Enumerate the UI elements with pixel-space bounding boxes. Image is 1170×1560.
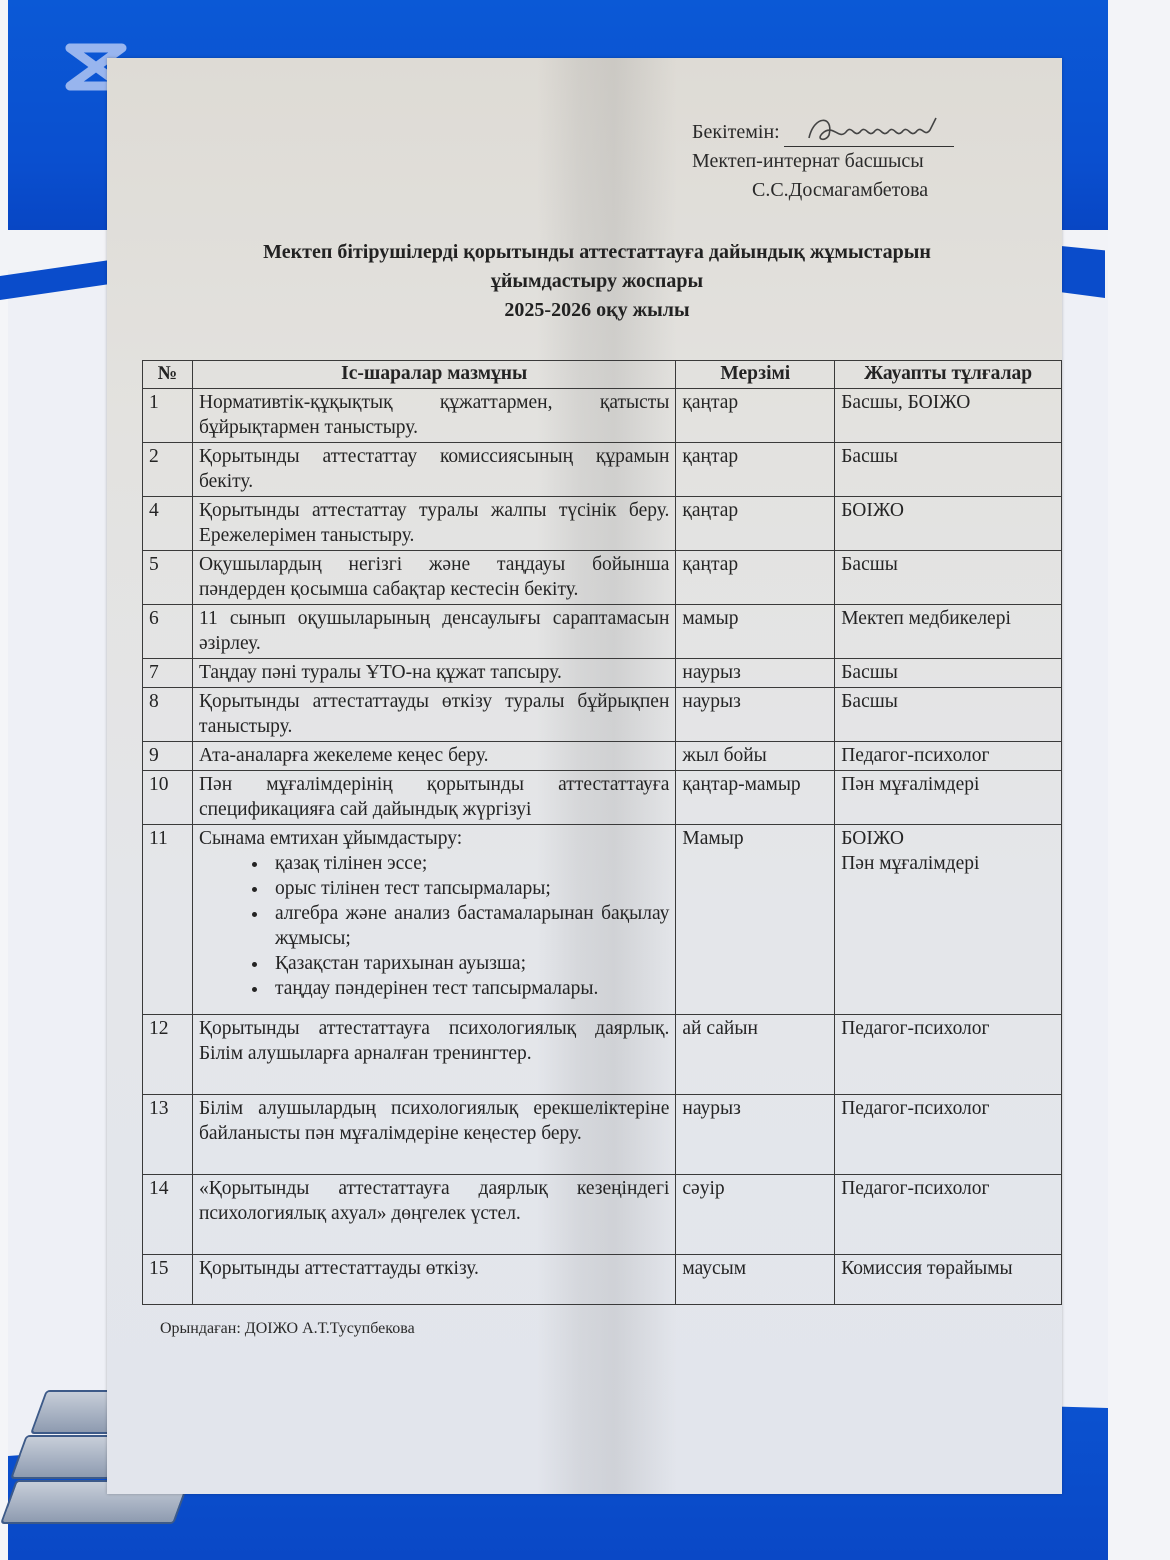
row-activity: 11 сынып оқушыларының денсаулығы сарапта… — [192, 605, 675, 659]
row-responsible: Педагог-психолог — [835, 1015, 1062, 1095]
row-responsible: Басшы — [835, 551, 1062, 605]
row-term: жыл бойы — [676, 742, 835, 771]
table-row: 15Қорытынды аттестаттауды өткізу.маусымК… — [143, 1255, 1062, 1305]
row-term: қаңтар — [676, 443, 835, 497]
table-row: 2Қорытынды аттестаттау комиссиясының құр… — [143, 443, 1062, 497]
table-row: 11Сынама емтихан ұйымдастыру:қазақ тілін… — [143, 825, 1062, 1015]
executed-by-note: Орындаған: ДОІЖО А.Т.Тусупбекова — [160, 1320, 415, 1338]
row-activity: Қорытынды аттестаттауды өткізу туралы бұ… — [192, 688, 675, 742]
row-number: 5 — [143, 551, 193, 605]
row-activity: Білім алушылардың психологиялық ерекшелі… — [192, 1095, 675, 1175]
table-row: 5Оқушылардың негізгі және таңдауы бойынш… — [143, 551, 1062, 605]
row-activity: «Қорытынды аттестаттауға даярлық кезеңін… — [192, 1175, 675, 1255]
row-number: 7 — [143, 659, 193, 688]
row-responsible: Басшы — [835, 443, 1062, 497]
row-term: ай сайын — [676, 1015, 835, 1095]
row-activity: Оқушылардың негізгі және таңдауы бойынша… — [192, 551, 675, 605]
approval-block: Бекітемін: Мектеп-интернат басшысы С.С.Д… — [692, 118, 1012, 205]
header-term: Мерзімі — [676, 361, 835, 389]
table-row: 12Қорытынды аттестаттауға психологиялық … — [143, 1015, 1062, 1095]
row-term: мамыр — [676, 605, 835, 659]
row-activity: Қорытынды аттестаттауға психологиялық да… — [192, 1015, 675, 1095]
row-number: 4 — [143, 497, 193, 551]
row-term: Мамыр — [676, 825, 835, 1015]
row-number: 9 — [143, 742, 193, 771]
row-activity: Қорытынды аттестаттау комиссиясының құра… — [192, 443, 675, 497]
row-responsible: Пән мұғалімдері — [835, 771, 1062, 825]
row-term: қаңтар — [676, 389, 835, 443]
row-number: 2 — [143, 443, 193, 497]
activity-lead: Сынама емтихан ұйымдастыру: — [199, 826, 669, 851]
table-row: 1Нормативтік-құқықтық құжаттармен, қатыс… — [143, 389, 1062, 443]
table-row: 13Білім алушылардың психологиялық ерекше… — [143, 1095, 1062, 1175]
signature — [784, 124, 954, 147]
table-row: 7Таңдау пәні туралы ҰТО-на құжат тапсыру… — [143, 659, 1062, 688]
activity-bullet-item: Қазақстан тарихынан ауызша; — [269, 951, 669, 976]
header-responsible: Жауапты тұлғалар — [835, 361, 1062, 389]
row-responsible: Басшы — [835, 659, 1062, 688]
table-row: 611 сынып оқушыларының денсаулығы сарапт… — [143, 605, 1062, 659]
activity-bullet-item: таңдау пәндерінен тест тапсырмалары. — [269, 976, 669, 1001]
background-right-edge — [1108, 0, 1170, 1560]
responsible-person: БОІЖО — [841, 826, 1055, 851]
row-responsible: Мектеп медбикелері — [835, 605, 1062, 659]
row-number: 12 — [143, 1015, 193, 1095]
row-activity: Нормативтік-құқықтық құжаттармен, қатыст… — [192, 389, 675, 443]
header-activity: Іс-шаралар мазмұны — [192, 361, 675, 389]
row-term: қаңтар-мамыр — [676, 771, 835, 825]
document-title: Мектеп бітірушілерді қорытынды аттестатт… — [167, 238, 1027, 325]
row-responsible: Басшы — [835, 688, 1062, 742]
row-number: 14 — [143, 1175, 193, 1255]
activity-bullet-item: қазақ тілінен эссе; — [269, 851, 669, 876]
activity-bullet-list: қазақ тілінен эссе;орыс тілінен тест тап… — [199, 851, 669, 1001]
row-responsible: БОІЖОПән мұғалімдері — [835, 825, 1062, 1015]
header-number: № — [143, 361, 193, 389]
signature-icon — [804, 110, 954, 146]
row-responsible: Педагог-психолог — [835, 742, 1062, 771]
row-term: наурыз — [676, 659, 835, 688]
table-row: 4Қорытынды аттестаттау туралы жалпы түсі… — [143, 497, 1062, 551]
row-number: 10 — [143, 771, 193, 825]
row-term: маусым — [676, 1255, 835, 1305]
table-row: 9Ата-аналарға жекелеме кеңес беру.жыл бо… — [143, 742, 1062, 771]
activity-bullet-item: орыс тілінен тест тапсырмалары; — [269, 876, 669, 901]
row-term: қаңтар — [676, 551, 835, 605]
row-number: 1 — [143, 389, 193, 443]
row-number: 8 — [143, 688, 193, 742]
row-responsible: Педагог-психолог — [835, 1175, 1062, 1255]
row-responsible: Басшы, БОІЖО — [835, 389, 1062, 443]
row-term: наурыз — [676, 688, 835, 742]
title-line-2: ұйымдастыру жоспары — [167, 267, 1027, 296]
row-activity: Ата-аналарға жекелеме кеңес беру. — [192, 742, 675, 771]
row-term: қаңтар — [676, 497, 835, 551]
row-activity: Сынама емтихан ұйымдастыру:қазақ тілінен… — [192, 825, 675, 1015]
title-line-3: 2025-2026 оқу жылы — [167, 296, 1027, 325]
row-activity: Таңдау пәні туралы ҰТО-на құжат тапсыру. — [192, 659, 675, 688]
title-line-1: Мектеп бітірушілерді қорытынды аттестатт… — [167, 238, 1027, 267]
row-term: наурыз — [676, 1095, 835, 1175]
document-page: Бекітемін: Мектеп-интернат басшысы С.С.Д… — [107, 58, 1062, 1494]
approval-label: Бекітемін: — [692, 118, 780, 147]
approval-name: С.С.Досмагамбетова — [692, 176, 1012, 205]
row-number: 13 — [143, 1095, 193, 1175]
row-responsible: БОІЖО — [835, 497, 1062, 551]
table-row: 10Пән мұғалімдерінің қорытынды аттестатт… — [143, 771, 1062, 825]
row-activity: Қорытынды аттестаттау туралы жалпы түсін… — [192, 497, 675, 551]
plan-table: № Іс-шаралар мазмұны Мерзімі Жауапты тұл… — [142, 360, 1062, 1305]
approval-position: Мектеп-интернат басшысы — [692, 147, 1012, 176]
row-number: 15 — [143, 1255, 193, 1305]
row-activity: Қорытынды аттестаттауды өткізу. — [192, 1255, 675, 1305]
row-responsible: Педагог-психолог — [835, 1095, 1062, 1175]
row-responsible: Комиссия төрайымы — [835, 1255, 1062, 1305]
row-activity: Пән мұғалімдерінің қорытынды аттестаттау… — [192, 771, 675, 825]
activity-bullet-item: алгебра және анализ бастамаларынан бақыл… — [269, 901, 669, 951]
table-row: 14«Қорытынды аттестаттауға даярлық кезең… — [143, 1175, 1062, 1255]
row-term: сәуір — [676, 1175, 835, 1255]
table-header-row: № Іс-шаралар мазмұны Мерзімі Жауапты тұл… — [143, 361, 1062, 389]
row-number: 6 — [143, 605, 193, 659]
table-row: 8Қорытынды аттестаттауды өткізу туралы б… — [143, 688, 1062, 742]
row-number: 11 — [143, 825, 193, 1015]
responsible-person: Пән мұғалімдері — [841, 851, 1055, 876]
